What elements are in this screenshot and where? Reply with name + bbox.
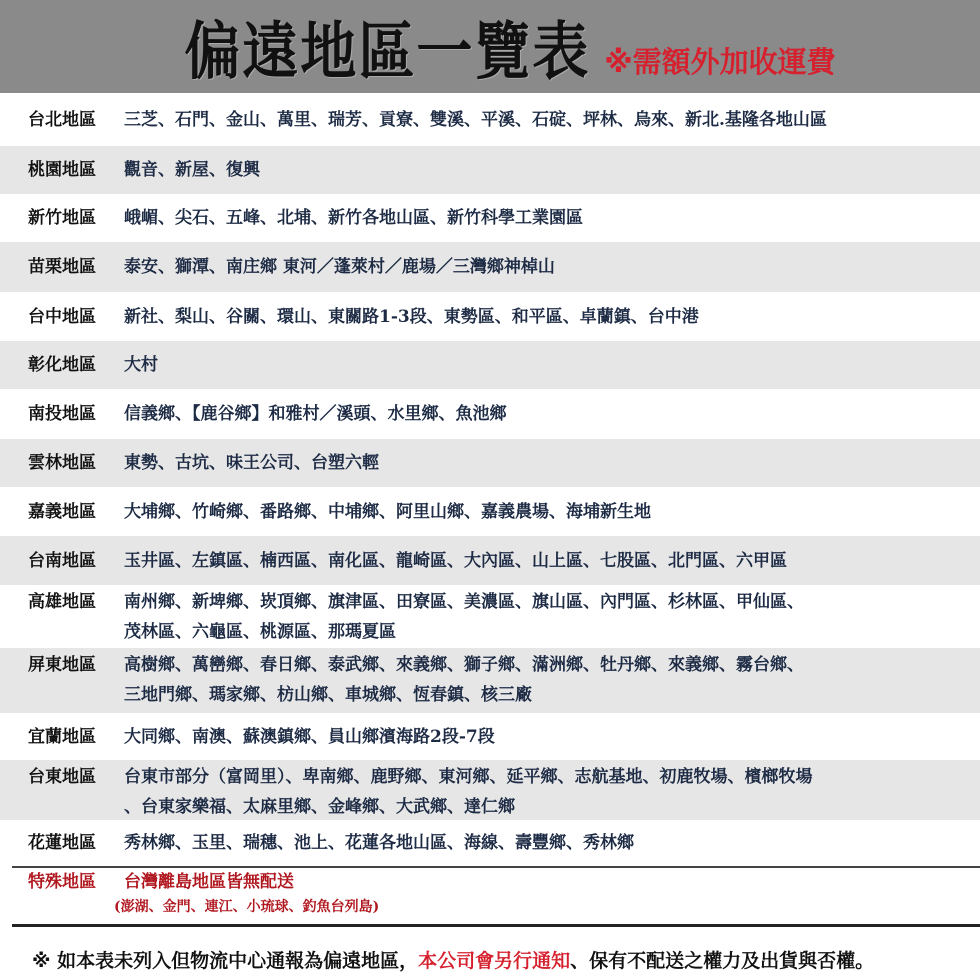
region-areas: 三芝、石門、金山、萬里、瑞芳、貢寮、雙溪、平溪、石碇、坪林、烏來、新北.基隆各地… <box>124 105 827 135</box>
region-areas: 台東市部分（富岡里）、卑南鄉、鹿野鄉、東河鄉、延平鄉、志航基地、初鹿牧場、檳榔牧… <box>124 762 813 822</box>
table-row: 台中地區新社、梨山、谷關、環山、東關路1-3段、東勢區、和平區、卓蘭鎮、台中港 <box>0 292 980 341</box>
region-areas: 大埔鄉、竹崎鄉、番路鄉、中埔鄉、阿里山鄉、嘉義農場、海埔新生地 <box>124 497 651 527</box>
region-areas: 大同鄉、南澳、蘇澳鎮鄉、員山鄉濱海路2段-7段 <box>124 722 495 752</box>
divider-line-thick <box>12 924 980 927</box>
region-areas: 大村 <box>124 350 158 380</box>
region-label: 台中地區 <box>28 302 124 332</box>
region-label: 苗栗地區 <box>28 252 124 282</box>
region-label: 花蓮地區 <box>28 828 124 858</box>
table-row: 桃園地區觀音、新屋、復興 <box>0 146 980 194</box>
table-row: 高雄地區南州鄉、新埤鄉、崁頂鄉、旗津區、田寮區、美濃區、旗山區、內門區、杉林區、… <box>0 585 980 648</box>
page-title: 偏遠地區一覽表 <box>184 2 590 92</box>
footer-highlight: 本公司會另行通知 <box>418 950 570 972</box>
table-row: 花蓮地區秀林鄉、玉里、瑞穗、池上、花蓮各地山區、海線、壽豐鄉、秀林鄉 <box>0 820 980 866</box>
header-inner: 偏遠地區一覽表 ※需額外加收運費 <box>184 7 835 87</box>
region-areas: 高樹鄉、萬巒鄉、春日鄉、泰武鄉、來義鄉、獅子鄉、滿洲鄉、牡丹鄉、來義鄉、霧台鄉、… <box>124 650 804 710</box>
table-row: 宜蘭地區大同鄉、南澳、蘇澳鎮鄉、員山鄉濱海路2段-7段 <box>0 713 980 760</box>
table-row: 新竹地區峨嵋、尖石、五峰、北埔、新竹各地山區、新竹科學工業園區 <box>0 194 980 242</box>
table-row: 南投地區信義鄉、【鹿谷鄉】和雅村／溪頭、水里鄉、魚池鄉 <box>0 389 980 439</box>
region-label: 宜蘭地區 <box>28 722 124 752</box>
table-row: 台東地區台東市部分（富岡里）、卑南鄉、鹿野鄉、東河鄉、延平鄉、志航基地、初鹿牧場… <box>0 760 980 820</box>
remote-area-table: 台北地區三芝、石門、金山、萬里、瑞芳、貢寮、雙溪、平溪、石碇、坪林、烏來、新北.… <box>0 93 980 866</box>
table-row: 台北地區三芝、石門、金山、萬里、瑞芳、貢寮、雙溪、平溪、石碇、坪林、烏來、新北.… <box>0 93 980 146</box>
region-areas: 泰安、獅潭、南庄鄉 東河／蓬萊村／鹿場／三灣鄉神棹山 <box>124 252 555 282</box>
region-areas: 玉井區、左鎮區、楠西區、南化區、龍崎區、大內區、山上區、七股區、北門區、六甲區 <box>124 546 787 576</box>
region-label: 新竹地區 <box>28 203 124 233</box>
page-header: 偏遠地區一覽表 ※需額外加收運費 <box>0 0 980 93</box>
table-row: 苗栗地區泰安、獅潭、南庄鄉 東河／蓬萊村／鹿場／三灣鄉神棹山 <box>0 242 980 292</box>
region-label: 南投地區 <box>28 399 124 429</box>
table-row: 彰化地區大村 <box>0 341 980 389</box>
special-region-text: 台灣離島地區皆無配送 <box>124 868 294 896</box>
region-label: 雲林地區 <box>28 448 124 478</box>
region-areas: 信義鄉、【鹿谷鄉】和雅村／溪頭、水里鄉、魚池鄉 <box>124 399 507 429</box>
region-label: 台東地區 <box>28 762 124 792</box>
region-areas: 東勢、古坑、味王公司、台塑六輕 <box>124 448 379 478</box>
region-label: 嘉義地區 <box>28 497 124 527</box>
table-row: 嘉義地區大埔鄉、竹崎鄉、番路鄉、中埔鄉、阿里山鄉、嘉義農場、海埔新生地 <box>0 487 980 536</box>
special-region-row: 特殊地區 台灣離島地區皆無配送 (澎湖、金門、連江、小琉球、釣魚台列島) <box>0 868 980 924</box>
special-region-note: (澎湖、金門、連江、小琉球、釣魚台列島) <box>28 896 980 918</box>
region-areas: 峨嵋、尖石、五峰、北埔、新竹各地山區、新竹科學工業園區 <box>124 203 583 233</box>
region-label: 台南地區 <box>28 546 124 576</box>
footer-prefix: ※ 如本表未列入但物流中心通報為偏遠地區， <box>32 950 418 972</box>
region-areas: 新社、梨山、谷關、環山、東關路1-3段、東勢區、和平區、卓蘭鎮、台中港 <box>124 302 699 332</box>
region-label: 屏東地區 <box>28 650 124 680</box>
table-row: 台南地區玉井區、左鎮區、楠西區、南化區、龍崎區、大內區、山上區、七股區、北門區、… <box>0 536 980 585</box>
region-areas: 南州鄉、新埤鄉、崁頂鄉、旗津區、田寮區、美濃區、旗山區、內門區、杉林區、甲仙區、… <box>124 587 804 647</box>
region-areas: 觀音、新屋、復興 <box>124 155 260 185</box>
table-row: 雲林地區東勢、古坑、味王公司、台塑六輕 <box>0 439 980 487</box>
region-label: 高雄地區 <box>28 587 124 617</box>
surcharge-notice: ※需額外加收運費 <box>604 40 835 81</box>
special-region-label: 特殊地區 <box>28 868 124 896</box>
footer-suffix: 、保有不配送之權力及出貨與否權。 <box>570 950 874 972</box>
table-row: 屏東地區高樹鄉、萬巒鄉、春日鄉、泰武鄉、來義鄉、獅子鄉、滿洲鄉、牡丹鄉、來義鄉、… <box>0 648 980 713</box>
region-label: 桃園地區 <box>28 155 124 185</box>
region-label: 台北地區 <box>28 105 124 135</box>
special-line: 特殊地區 台灣離島地區皆無配送 <box>28 868 980 896</box>
region-label: 彰化地區 <box>28 350 124 380</box>
region-areas: 秀林鄉、玉里、瑞穗、池上、花蓮各地山區、海線、壽豐鄉、秀林鄉 <box>124 828 634 858</box>
footer-notice: ※ 如本表未列入但物流中心通報為偏遠地區，本公司會另行通知、保有不配送之權力及出… <box>32 946 874 973</box>
